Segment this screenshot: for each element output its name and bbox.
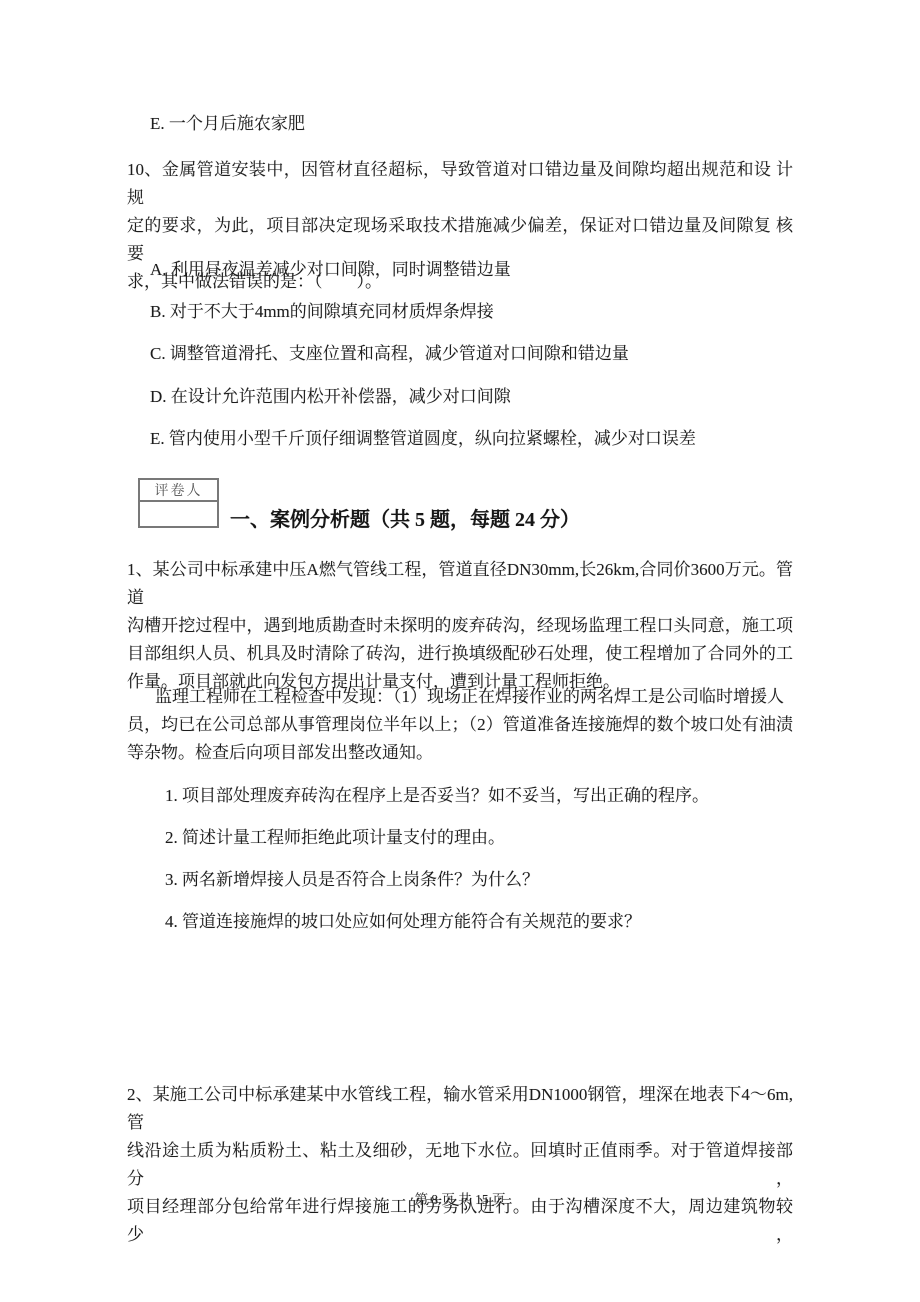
case-2-intro-line: 线沿途土质为粘质粉土、粘土及细砂，无地下水位。回填时正值雨季。对于管道焊接部分， xyxy=(127,1137,793,1193)
case-1-subquestion-3: 3. 两名新增焊接人员是否符合上岗条件？为什么？ xyxy=(165,866,539,894)
page-number-footer: 第 8 页 共 15 页 xyxy=(0,1188,920,1212)
question-10-option-c: C. 调整管道滑托、支座位置和高程，减少管道对口间隙和错边量 xyxy=(150,340,629,368)
case-1-inspection-line: 等杂物。检查后向项目部发出整改通知。 xyxy=(127,739,793,767)
section-title: 一、案例分析题（共 5 题，每题 24 分） xyxy=(230,505,580,535)
grader-box-label: 评卷人 xyxy=(140,480,217,502)
case-1-subquestion-4: 4. 管道连接施焊的坡口处应如何处理方能符合有关规范的要求？ xyxy=(165,908,641,936)
grader-box-score-cell xyxy=(140,502,217,526)
question-10-option-d: D. 在设计允许范围内松开补偿器，减少对口间隙 xyxy=(150,383,511,411)
case-1-subquestion-1: 1. 项目部处理废弃砖沟在程序上是否妥当？如不妥当，写出正确的程序。 xyxy=(165,782,709,810)
case-2-intro: 2、某施工公司中标承建某中水管线工程，输水管采用DN1000钢管，埋深在地表下4… xyxy=(127,1081,793,1249)
case-1-intro-line: 沟槽开挖过程中，遇到地质勘查时未探明的废弃砖沟，经现场监理工程口头同意，施工项 xyxy=(127,612,793,640)
question-10-option-e: E. 管内使用小型千斤顶仔细调整管道圆度，纵向拉紧螺栓，减少对口误差 xyxy=(150,425,696,453)
case-1-inspection: 监理工程师在工程检查中发现：（1）现场正在焊接作业的两名焊工是公司临时增援人 员… xyxy=(127,683,793,767)
exam-paper-page: E. 一个月后施农家肥 10、金属管道安装中，因管材直径超标，导致管道对口错边量… xyxy=(0,0,920,1302)
case-1-inspection-line: 员，均已在公司总部从事管理岗位半年以上；（2）管道准备连接施焊的数个坡口处有油渍 xyxy=(127,711,793,739)
case-1-inspection-line: 监理工程师在工程检查中发现：（1）现场正在焊接作业的两名焊工是公司临时增援人 xyxy=(127,683,793,711)
case-1-subquestion-2: 2. 简述计量工程师拒绝此项计量支付的理由。 xyxy=(165,824,505,852)
case-2-intro-line: 2、某施工公司中标承建某中水管线工程，输水管采用DN1000钢管，埋深在地表下4… xyxy=(127,1081,793,1137)
case-1-intro-line: 目部组织人员、机具及时清除了砖沟，进行换填级配砂石处理，使工程增加了合同外的工 xyxy=(127,640,793,668)
case-1-intro: 1、某公司中标承建中压A燃气管线工程，管道直径DN30mm,长26km,合同价3… xyxy=(127,556,793,696)
case-1-intro-line: 1、某公司中标承建中压A燃气管线工程，管道直径DN30mm,长26km,合同价3… xyxy=(127,556,793,612)
question-10-option-b: B. 对于不大于4mm的间隙填充同材质焊条焊接 xyxy=(150,298,494,326)
carryover-option-e: E. 一个月后施农家肥 xyxy=(150,110,305,138)
question-10-stem-line: 10、金属管道安装中，因管材直径超标，导致管道对口错边量及间隙均超出规范和设 计… xyxy=(127,156,793,212)
grader-score-box: 评卷人 xyxy=(138,478,219,528)
question-10-option-a: A. 利用昼夜温差减少对口间隙，同时调整错边量 xyxy=(150,256,511,284)
